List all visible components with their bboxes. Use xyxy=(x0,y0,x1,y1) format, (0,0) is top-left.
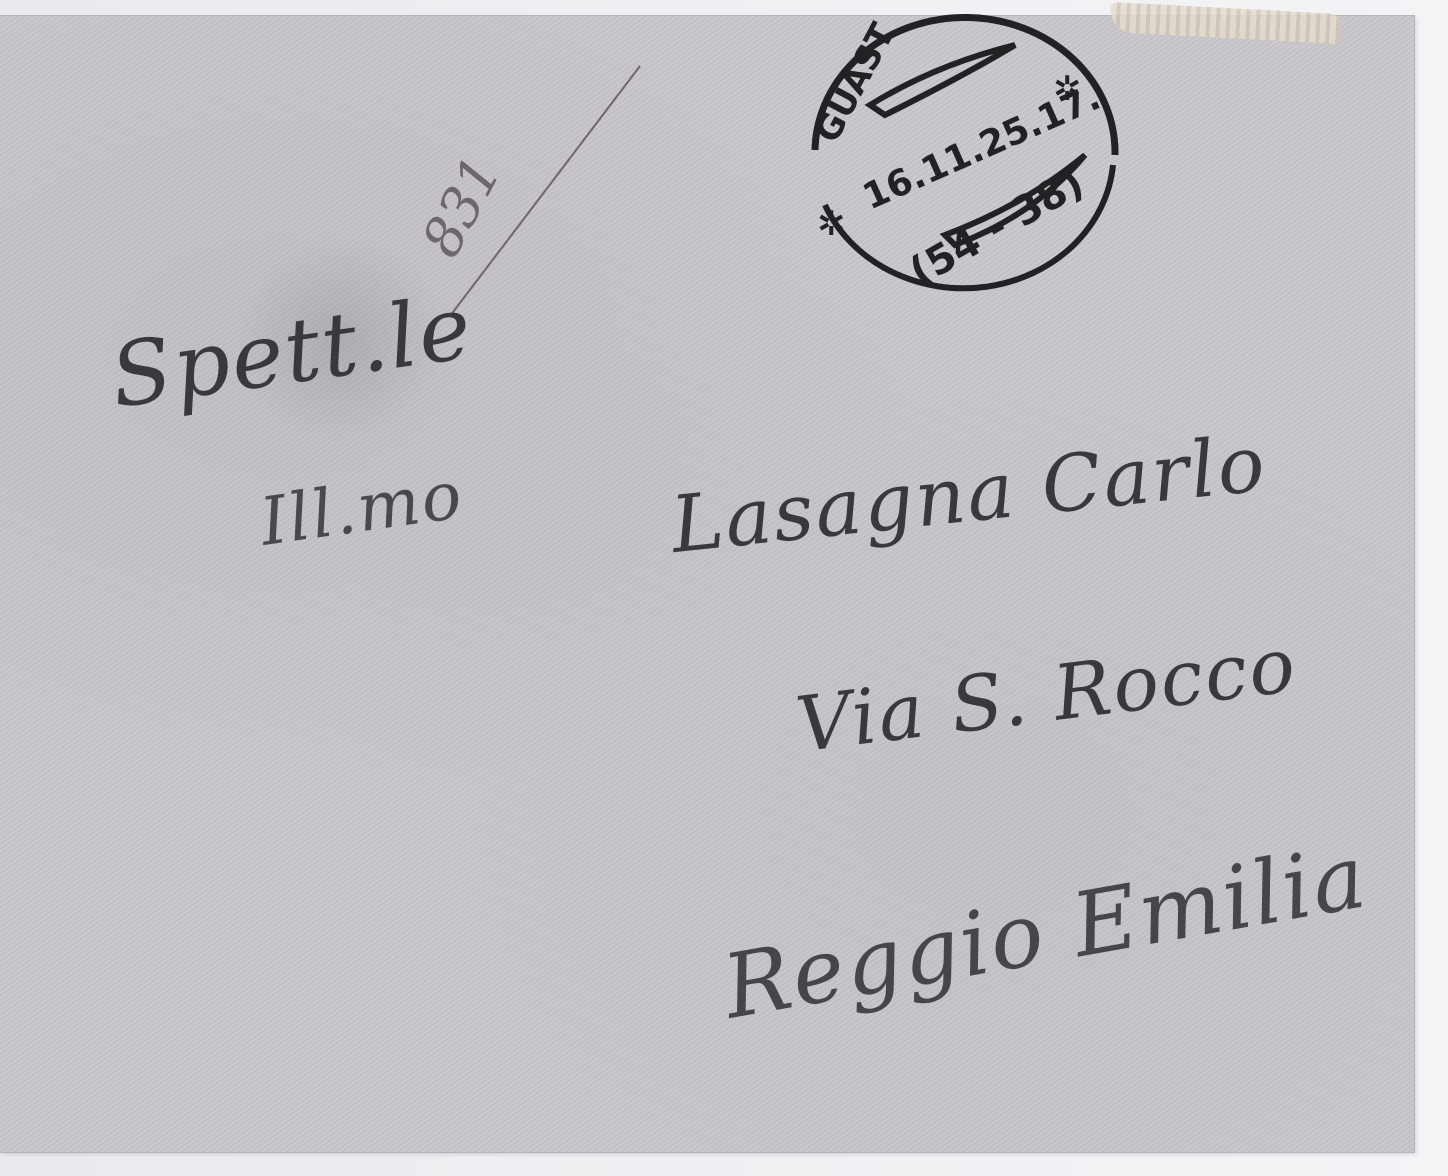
postmark-star-icon: ✲ xyxy=(817,204,846,244)
postmark-cancel: GUAST 16.11.25.17. (54 - 38) ✲ ✲ xyxy=(795,5,1133,295)
postmark-star-icon: ✲ xyxy=(1053,69,1082,109)
postmark-town: GUAST xyxy=(808,16,904,149)
envelope xyxy=(0,16,1414,1152)
